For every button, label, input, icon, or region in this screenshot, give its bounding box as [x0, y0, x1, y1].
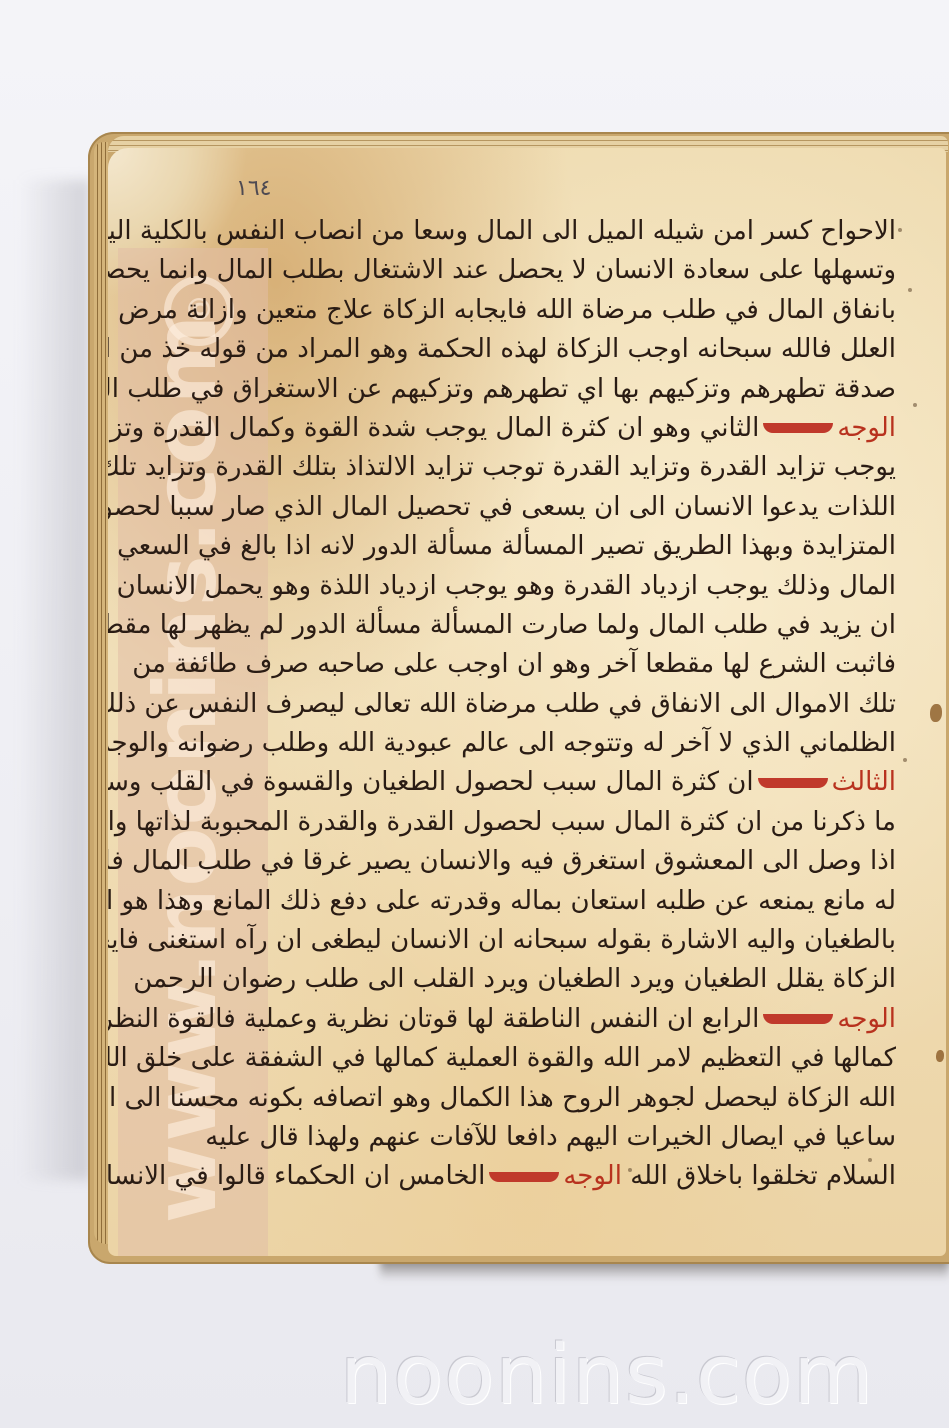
manuscript-page: © www.noonins.com ١٦٤ الاحواح كسر امن شي…: [108, 148, 946, 1256]
text-line: له مانع يمنعه عن طلبه استعان بماله وقدرت…: [176, 882, 896, 921]
text-line: بالطغيان واليه الاشارة بقوله سبحانه ان ا…: [176, 921, 896, 960]
folio-number: ١٦٤: [236, 176, 271, 201]
ink-stain: [936, 1050, 944, 1062]
line-text: اللذات يدعوا الانسان الى ان يسعى في تحصي…: [108, 492, 896, 522]
text-line: العلل فالله سبحانه اوجب الزكاة لهذه الحك…: [176, 330, 896, 369]
text-line: ساعيا في ايصال الخيرات اليهم دافعا للآفا…: [176, 1118, 896, 1157]
line-text: المال وذلك يوجب ازدياد القدرة وهو يوجب ا…: [108, 571, 896, 601]
line-text: كمالها في التعظيم لامر الله والقوة العمل…: [108, 1043, 896, 1073]
text-line: المال وذلك يوجب ازدياد القدرة وهو يوجب ا…: [176, 567, 896, 606]
line-text: يوجب تزايد القدرة وتزايد القدرة توجب تزا…: [108, 452, 896, 482]
line-text: السلام تخلقوا باخلاق الله: [630, 1161, 896, 1191]
text-line: يوجب تزايد القدرة وتزايد القدرة توجب تزا…: [176, 448, 896, 487]
ink-stain: [930, 704, 942, 722]
text-line-rubric: السلام تخلقوا باخلاق الله الوجهالخامس ان…: [176, 1157, 896, 1196]
line-text: فاثبت الشرع لها مقطعا آخر وهو ان اوجب عل…: [132, 649, 896, 679]
rubric-stroke: [489, 1172, 559, 1182]
line-text: صدقة تطهرهم وتزكيهم بها اي تطهرهم وتزكيه…: [108, 374, 896, 404]
text-line: وتسهلها على سعادة الانسان لا يحصل عند ال…: [176, 251, 896, 290]
text-line: صدقة تطهرهم وتزكيهم بها اي تطهرهم وتزكيه…: [176, 370, 896, 409]
line-text: ما ذكرنا من ان كثرة المال سبب لحصول القد…: [108, 807, 896, 837]
line-text: العلل فالله سبحانه اوجب الزكاة لهذه الحك…: [108, 334, 896, 364]
rubric-stroke: [758, 778, 828, 788]
line-text: ان كثرة المال سبب لحصول الطغيان والقسوة …: [108, 767, 754, 797]
text-line: الله الزكاة ليحصل لجوهر الروح هذا الكمال…: [176, 1079, 896, 1118]
line-text: الاحواح كسر امن شيله الميل الى المال وسع…: [108, 216, 896, 246]
line-text: وتسهلها على سعادة الانسان لا يحصل عند ال…: [108, 255, 896, 285]
line-text: اذا وصل الى المعشوق استغرق فيه والانسان …: [108, 846, 896, 876]
line-text: الرابع ان النفس الناطقة لها قوتان نظرية …: [108, 1004, 759, 1034]
line-text: ساعيا في ايصال الخيرات اليهم دافعا للآفا…: [205, 1122, 896, 1152]
page-side-edges: [94, 142, 108, 1244]
text-line-rubric: الوجهالرابع ان النفس الناطقة لها قوتان ن…: [176, 1000, 896, 1039]
footer-watermark: noonins.com: [340, 1328, 940, 1423]
text-line: بانفاق المال في طلب مرضاة الله فايجابه ا…: [176, 291, 896, 330]
line-text: بالطغيان واليه الاشارة بقوله سبحانه ان ا…: [108, 925, 896, 955]
rubric-stroke: [763, 423, 833, 433]
line-text: الزكاة يقلل الطغيان ويرد الطغيان ويرد ال…: [133, 964, 896, 994]
text-line: اذا وصل الى المعشوق استغرق فيه والانسان …: [176, 842, 896, 881]
line-text: الثاني وهو ان كثرة المال يوجب شدة القوة …: [108, 413, 759, 443]
line-text: له مانع يمنعه عن طلبه استعان بماله وقدرت…: [108, 886, 896, 916]
text-line: المتزايدة وبهذا الطريق تصير المسألة مسأل…: [176, 527, 896, 566]
line-text: الله الزكاة ليحصل لجوهر الروح هذا الكمال…: [108, 1083, 896, 1113]
line-text: الظلماني الذي لا آخر له وتتوجه الى عالم …: [108, 728, 896, 758]
rubric-stroke: [763, 1014, 833, 1024]
text-line-rubric: الوجهالثاني وهو ان كثرة المال يوجب شدة ا…: [176, 409, 896, 448]
text-line: فاثبت الشرع لها مقطعا آخر وهو ان اوجب عل…: [176, 645, 896, 684]
rubric-word: الوجه: [563, 1161, 622, 1191]
text-line: تلك الاموال الى الانفاق في طلب مرضاة الل…: [176, 685, 896, 724]
line-text: تلك الاموال الى الانفاق في طلب مرضاة الل…: [108, 689, 896, 719]
manuscript-text: الاحواح كسر امن شيله الميل الى المال وسع…: [176, 212, 896, 1197]
text-line: الزكاة يقلل الطغيان ويرد الطغيان ويرد ال…: [176, 960, 896, 999]
line-text: ان يزيد في طلب المال ولما صارت المسألة م…: [108, 610, 896, 640]
text-line: ان يزيد في طلب المال ولما صارت المسألة م…: [176, 606, 896, 645]
text-line: اللذات يدعوا الانسان الى ان يسعى في تحصي…: [176, 488, 896, 527]
rubric-word: الثالث: [832, 767, 896, 797]
text-line: الاحواح كسر امن شيله الميل الى المال وسع…: [176, 212, 896, 251]
rubric-word: الوجه: [837, 1004, 896, 1034]
line-text: بانفاق المال في طلب مرضاة الله فايجابه ا…: [108, 295, 896, 325]
left-shadow: [20, 180, 90, 1180]
text-line-rubric: الثالثان كثرة المال سبب لحصول الطغيان وا…: [176, 763, 896, 802]
text-line: الظلماني الذي لا آخر له وتتوجه الى عالم …: [176, 724, 896, 763]
text-line: ما ذكرنا من ان كثرة المال سبب لحصول القد…: [176, 803, 896, 842]
rubric-word: الوجه: [837, 413, 896, 443]
line-text: المتزايدة وبهذا الطريق تصير المسألة مسأل…: [108, 531, 896, 561]
line-text: الخامس ان الحكماء قالوا في الانسان كونه: [108, 1161, 485, 1191]
text-line: كمالها في التعظيم لامر الله والقوة العمل…: [176, 1039, 896, 1078]
